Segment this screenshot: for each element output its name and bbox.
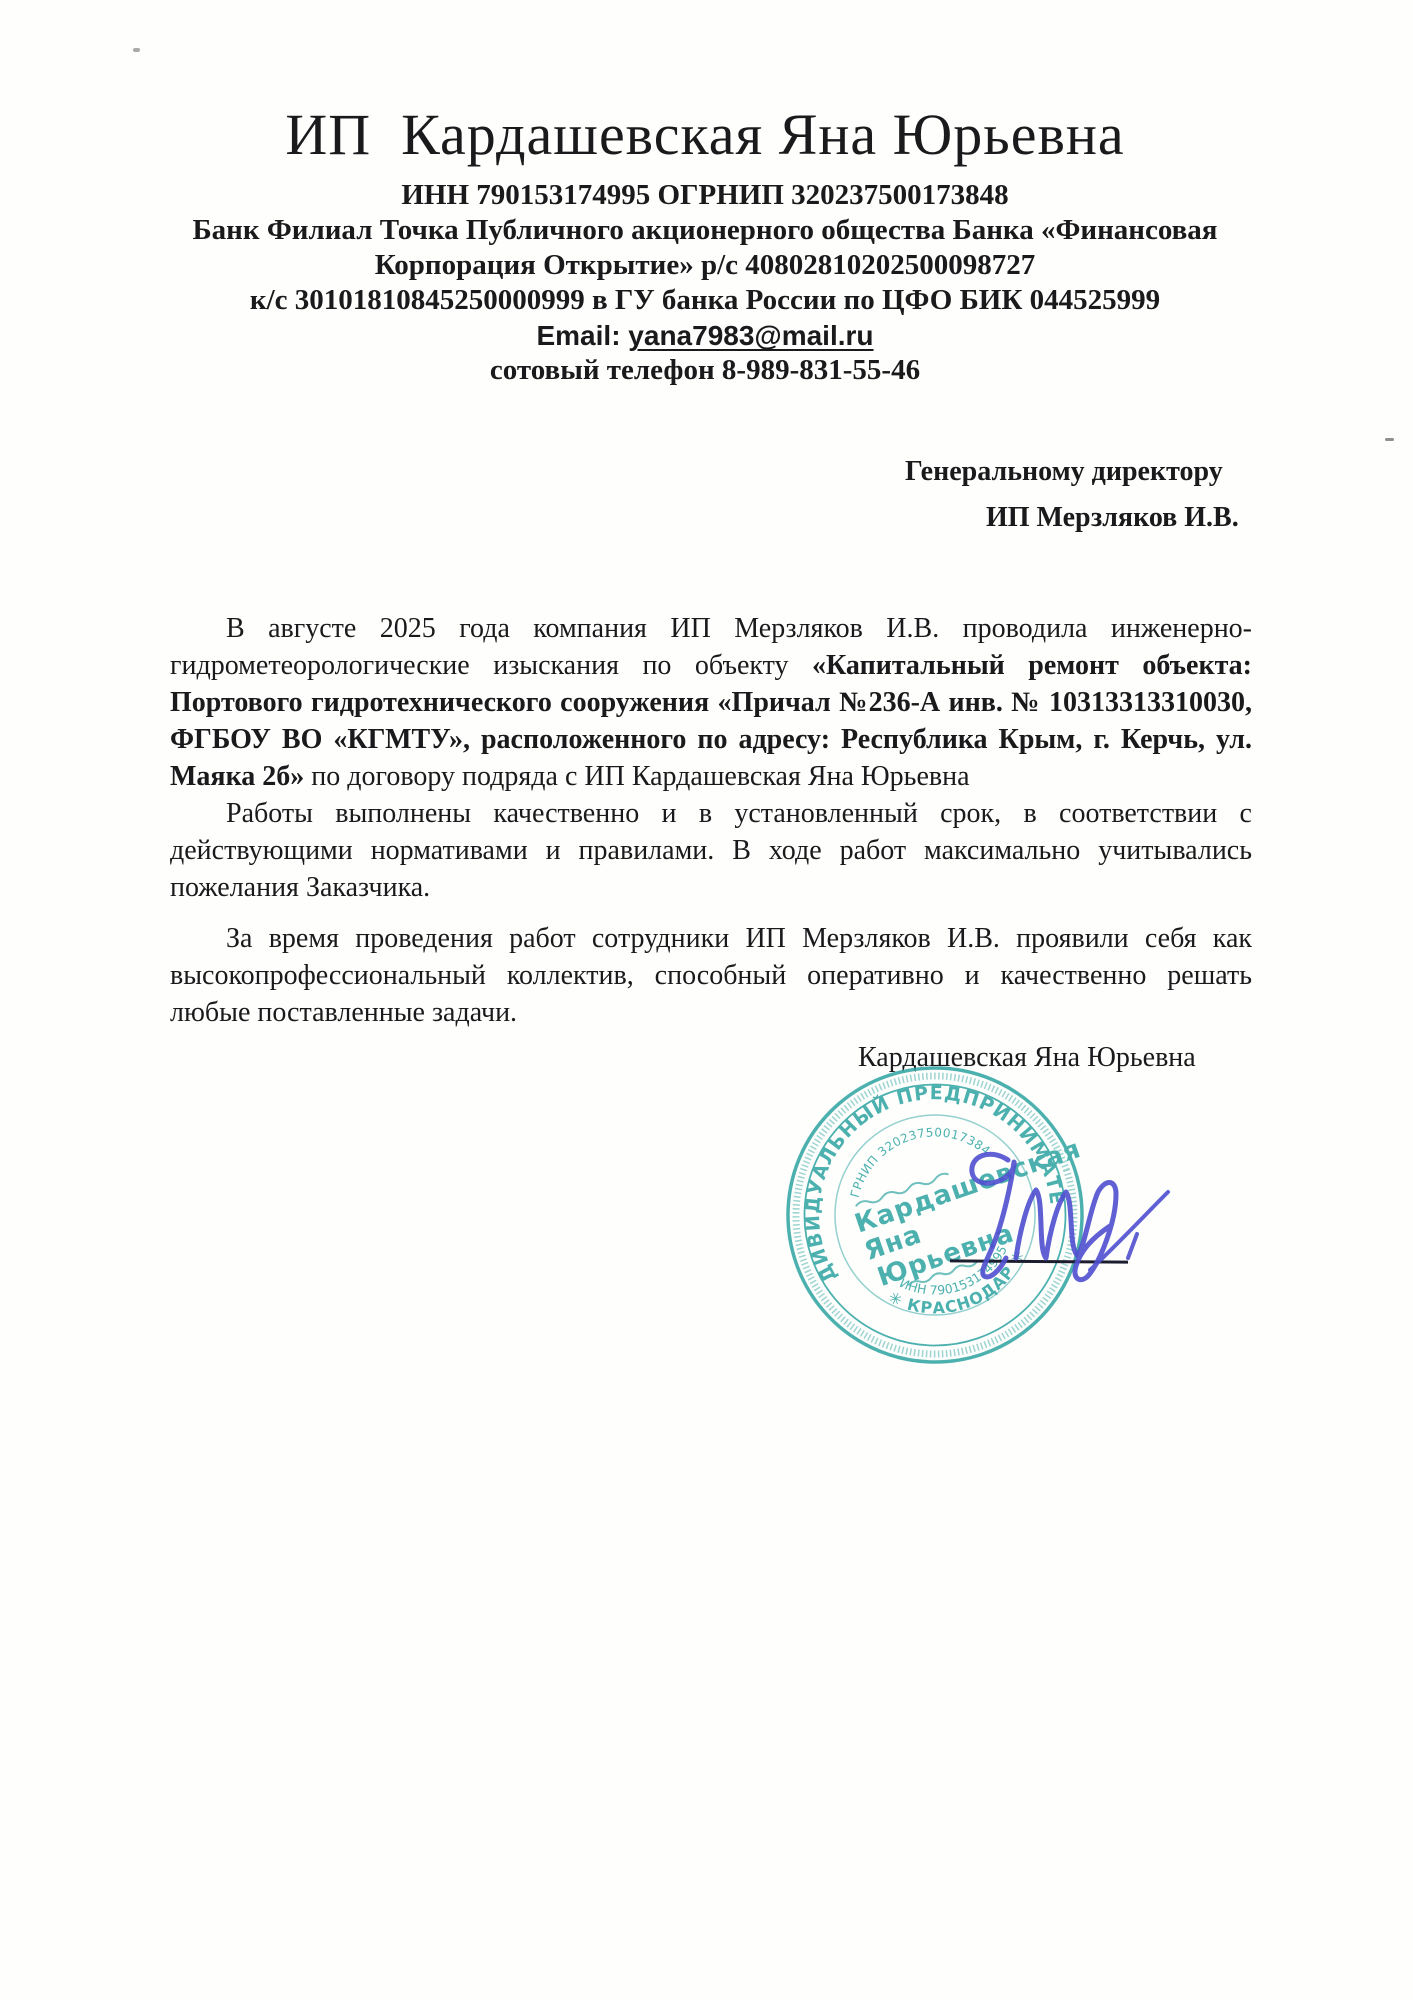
handwritten-signature [920, 1130, 1200, 1300]
addressee-name: ИП Мерзляков И.В. [986, 502, 1239, 534]
body-paragraphs: В августе 2025 года компания ИП Мерзляко… [170, 610, 1252, 1031]
letterhead: ИПКардашевская Яна Юрьевна ИНН 790153174… [140, 100, 1270, 388]
bank-line-3: к/с 30101810845250000999 в ГУ банка Росс… [140, 283, 1270, 318]
email-address: yana7983@mail.ru [628, 320, 873, 351]
letterhead-details: ИНН 790153174995 ОГРНИП 320237500173848 … [140, 178, 1270, 388]
body-paragraph: За время проведения работ сотрудники ИП … [170, 920, 1252, 1031]
inn-ogrnip-line: ИНН 790153174995 ОГРНИП 320237500173848 [140, 178, 1270, 213]
body-paragraph: В августе 2025 года компания ИП Мерзляко… [170, 610, 1252, 795]
body-paragraph: Работы выполнены качественно и в установ… [170, 795, 1252, 906]
company-title: ИПКардашевская Яна Юрьевна [140, 100, 1270, 170]
company-title-prefix: ИП [285, 102, 371, 167]
email-label: Email: [536, 320, 620, 351]
scan-artifact [133, 48, 140, 52]
phone-line: сотовый телефон 8-989-831-55-46 [140, 353, 1270, 388]
company-title-name: Кардашевская Яна Юрьевна [401, 102, 1125, 167]
bank-line-1: Банк Филиал Точка Публичного акционерног… [140, 213, 1270, 248]
bank-line-2: Корпорация Открытие» р/с 408028102025000… [140, 248, 1270, 283]
scan-artifact [1385, 438, 1394, 441]
addressee-position: Генеральному директору [905, 456, 1223, 488]
scanned-letter-page: ИПКардашевская Яна Юрьевна ИНН 790153174… [0, 0, 1413, 2000]
email-line: Email: yana7983@mail.ru [140, 318, 1270, 353]
